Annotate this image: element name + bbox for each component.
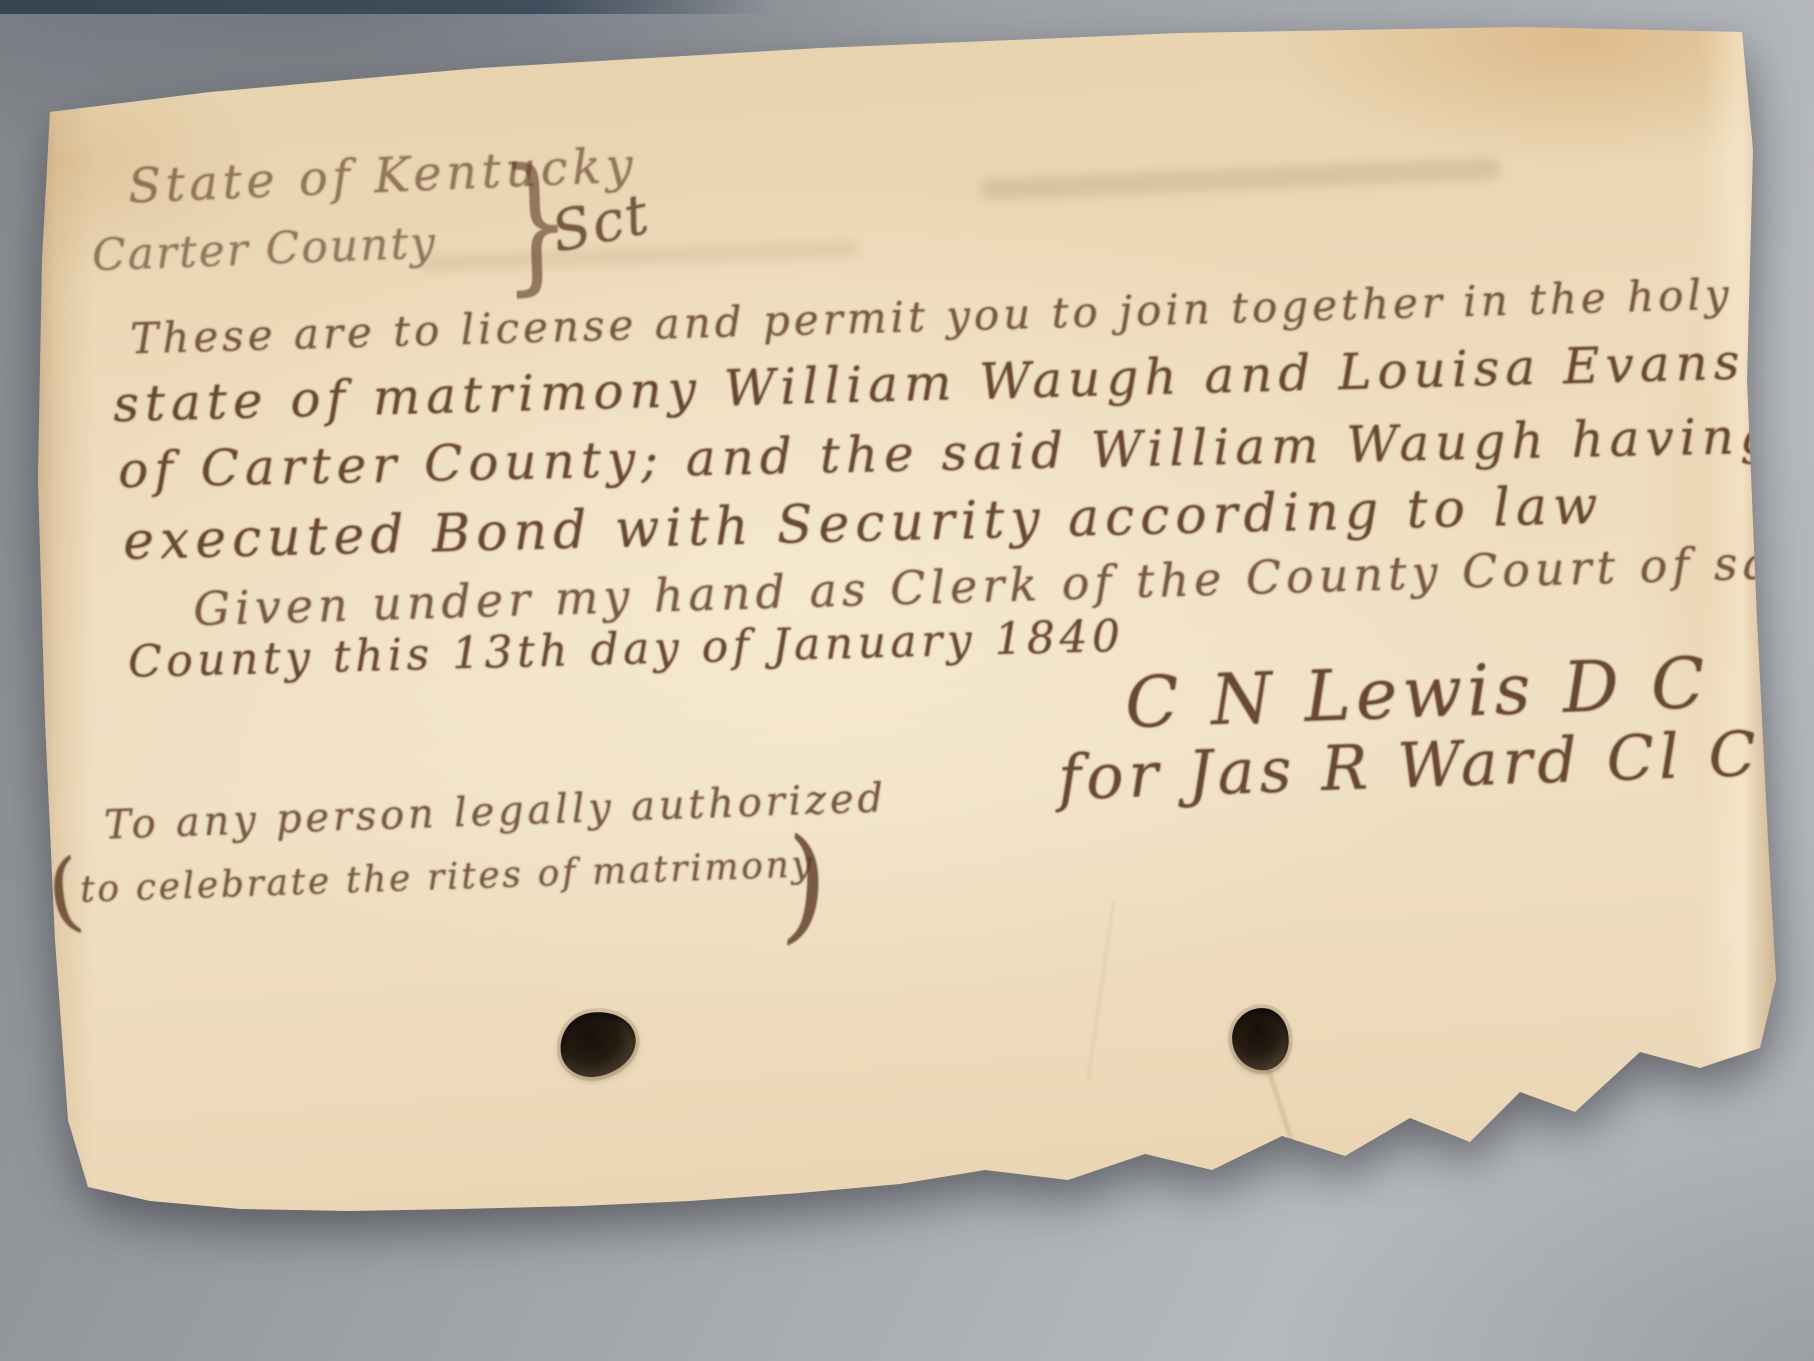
paper-crease bbox=[1087, 901, 1114, 1080]
paper-crease bbox=[1265, 1063, 1308, 1188]
faint-ink-impression bbox=[980, 157, 1500, 201]
addressee-close-brace: ) bbox=[779, 822, 831, 949]
paper-left-curl bbox=[36, 100, 96, 1205]
paper-top-edge-shading bbox=[40, 0, 1756, 76]
county-line: Carter County bbox=[91, 221, 437, 278]
addressee-line-2: to celebrate the rites of matrimony bbox=[80, 847, 815, 909]
paper-shadow-wrap: State of Kentucky } Sct Carter County Th… bbox=[0, 0, 1814, 1361]
photo-surface: State of Kentucky } Sct Carter County Th… bbox=[0, 0, 1814, 1361]
paper-document: State of Kentucky } Sct Carter County Th… bbox=[0, 0, 1814, 1361]
addressee-line-1: To any person legally authorized bbox=[104, 778, 888, 845]
